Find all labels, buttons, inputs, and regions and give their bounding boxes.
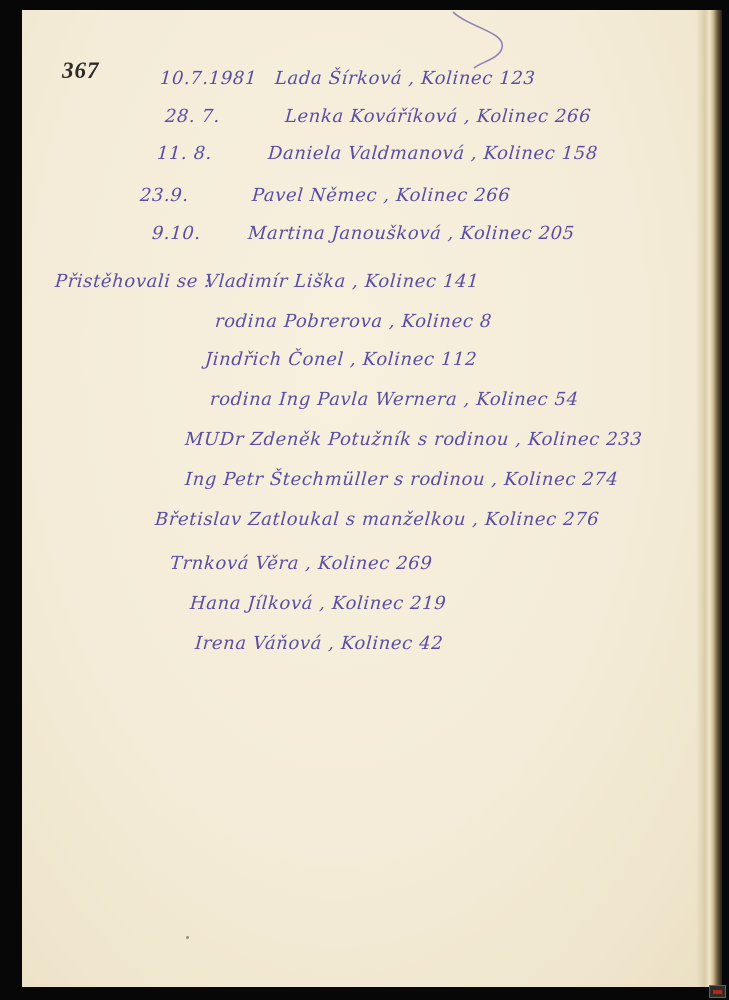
register-row: 23.9. <box>139 185 189 206</box>
register-row: 9.10. <box>151 223 201 244</box>
register-row: 11. 8. <box>156 143 213 164</box>
page-number: 367 <box>62 58 100 84</box>
register-row: 10.7.1981 <box>159 68 257 89</box>
entry-date: 28. 7. <box>164 106 221 127</box>
entry-date: 10.7.1981 <box>159 68 257 89</box>
moved-in-entry: Ing Petr Štechmüller s rodinou , Kolinec… <box>184 469 619 490</box>
paper-sheet: 367 10.7.1981 Lada Šírková , Kolinec 123… <box>22 10 722 987</box>
register-row: Pavel Němec , Kolinec 266 <box>251 185 511 206</box>
entry-date: 11. 8. <box>156 143 213 164</box>
entry-date: 23.9. <box>139 185 189 206</box>
entry-date: 9.10. <box>151 223 201 244</box>
moved-in-entry: rodina Pobrerova , Kolinec 8 <box>214 311 492 332</box>
moved-in-entry: Jindřich Čonel , Kolinec 112 <box>204 349 478 370</box>
register-row: Daniela Valdmanová , Kolinec 158 <box>267 143 598 164</box>
register-row: Lada Šírková , Kolinec 123 <box>274 68 536 89</box>
moved-in-entry: Trnková Věra , Kolinec 269 <box>169 553 433 574</box>
red-bar-icon <box>713 990 722 994</box>
section-label: Přistěhovali se : <box>54 271 212 292</box>
moved-in-entry: rodina Ing Pavla Wernera , Kolinec 54 <box>209 389 579 410</box>
register-row: Lenka Kováříková , Kolinec 266 <box>284 106 592 127</box>
entry-text: Daniela Valdmanová , Kolinec 158 <box>267 143 598 164</box>
moved-in-entry: Hana Jílková , Kolinec 219 <box>189 593 447 614</box>
page-edge-shadow <box>696 10 722 987</box>
viewer-control-icon[interactable] <box>709 985 726 998</box>
register-row: Martina Janoušková , Kolinec 205 <box>247 223 575 244</box>
entry-text: Lada Šírková , Kolinec 123 <box>274 68 536 89</box>
moved-in-entry: Irena Váňová , Kolinec 42 <box>194 633 444 654</box>
entry-text: Martina Janoušková , Kolinec 205 <box>247 223 575 244</box>
scanned-register-page: 367 10.7.1981 Lada Šírková , Kolinec 123… <box>0 0 729 1000</box>
moved-in-entry: Břetislav Zatloukal s manželkou , Koline… <box>154 509 600 530</box>
entry-text: Pavel Němec , Kolinec 266 <box>251 185 511 206</box>
moved-in-entry: MUDr Zdeněk Potužník s rodinou , Kolinec… <box>184 429 643 450</box>
moved-in-entry: Vladimír Liška , Kolinec 141 <box>204 271 480 292</box>
register-row: 28. 7. <box>164 106 221 127</box>
paper-speck <box>186 936 189 939</box>
entry-text: Lenka Kováříková , Kolinec 266 <box>284 106 592 127</box>
